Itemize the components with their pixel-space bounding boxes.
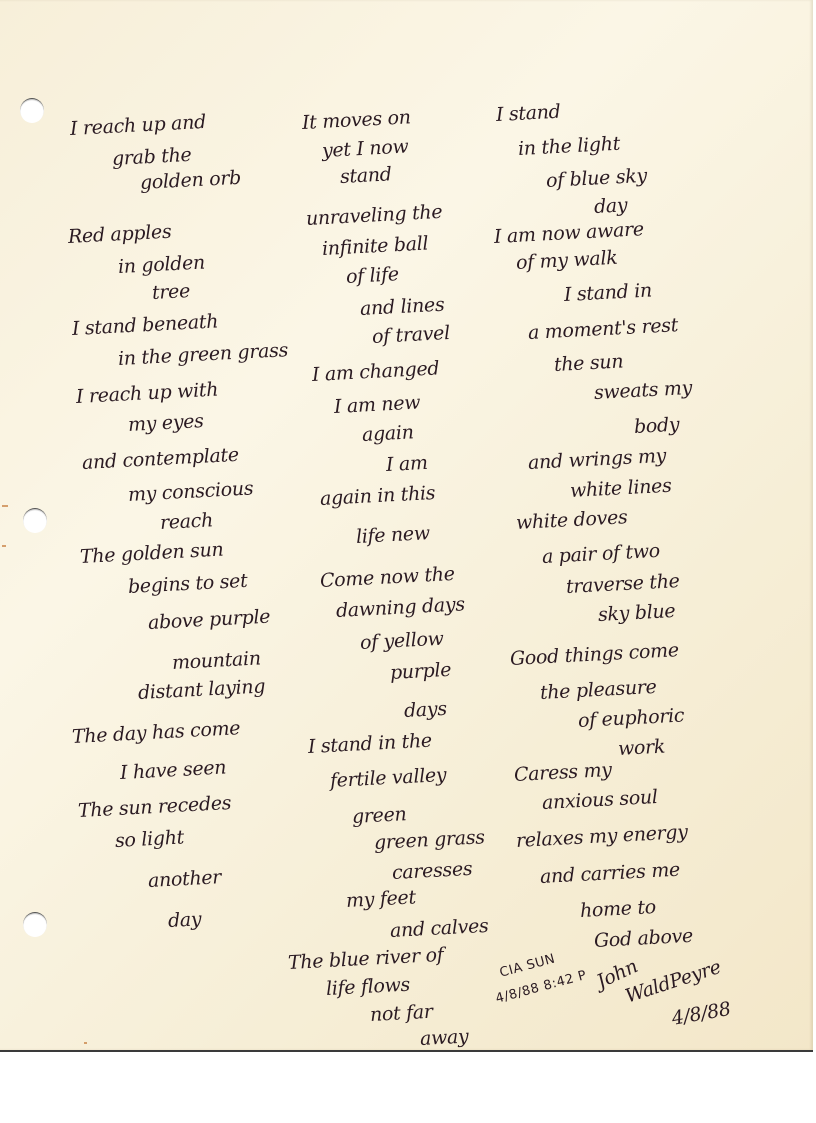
poem-line: a pair of two <box>541 540 660 568</box>
poem-line: I am now aware <box>493 218 644 248</box>
poem-line: unraveling the <box>305 201 442 230</box>
poem-line: white doves <box>515 506 628 534</box>
poem-line: relaxes my energy <box>515 821 688 852</box>
poem-line: tree <box>151 280 190 304</box>
poem-line: not far <box>369 1001 433 1026</box>
poem-line: home to <box>579 896 656 922</box>
poem-line: of travel <box>371 322 450 348</box>
poem-line: caresses <box>391 858 472 884</box>
poem-line: again <box>361 421 414 446</box>
poem-line: I have seen <box>119 756 226 784</box>
poem-line: traverse the <box>565 570 680 598</box>
poem-line: fertile valley <box>329 764 446 792</box>
poem-line: and calves <box>389 915 489 942</box>
poem-line: The golden sun <box>79 538 224 567</box>
paper-stain <box>84 1042 87 1044</box>
poem-line: the pleasure <box>539 676 657 704</box>
poem-line: my conscious <box>127 477 253 506</box>
poem-line: my feet <box>345 886 416 912</box>
poem-line: the sun <box>553 350 623 376</box>
poem-line: yet I now <box>321 135 408 161</box>
paper-stain <box>2 545 6 547</box>
poem-line: of life <box>345 263 399 288</box>
punch-hole <box>23 912 47 937</box>
poem-line: life flows <box>325 974 410 1000</box>
poem-line: dawning days <box>335 593 465 622</box>
poem-line: body <box>633 414 679 438</box>
poem-line: sweats my <box>593 377 692 404</box>
poem-line: The blue river of <box>287 944 444 974</box>
poem-line: grab the <box>111 144 192 170</box>
poem-line: It moves on <box>301 106 411 134</box>
poem-line: another <box>147 866 221 892</box>
poem-line: I am new <box>333 391 420 417</box>
poem-line: days <box>403 698 447 722</box>
poem-line: in golden <box>117 251 205 278</box>
poem-line: of yellow <box>359 628 444 654</box>
poem-line: I stand beneath <box>71 310 218 340</box>
signature-date: 4/8/88 <box>670 998 732 1030</box>
poem-line: life new <box>355 522 430 548</box>
poem-line: Come now the <box>319 563 455 592</box>
poem-line: I stand in <box>563 279 652 306</box>
poem-line: I reach up with <box>75 379 218 408</box>
punch-hole <box>20 98 44 123</box>
poem-line: in the green grass <box>117 339 288 370</box>
poem-line: white lines <box>569 475 672 502</box>
poem-line: of euphoric <box>577 704 684 732</box>
poem-line: away <box>419 1025 469 1050</box>
paper-sheet: I reach up and grab the golden orb Red a… <box>0 0 813 1052</box>
poem-line: and lines <box>359 294 444 320</box>
poem-line: God above <box>593 925 693 952</box>
poem-line: and contemplate <box>81 444 239 474</box>
poem-line: day <box>167 908 201 932</box>
poem-line: golden orb <box>139 167 241 194</box>
poem-line: The sun recedes <box>77 792 231 822</box>
poem-line: and wrings my <box>527 445 666 474</box>
poem-line: infinite ball <box>321 232 428 260</box>
poem-line: and carries me <box>539 859 680 888</box>
poem-line: sky blue <box>597 600 675 626</box>
poem-line: I reach up and <box>69 111 206 140</box>
poem-line: again in this <box>319 482 435 510</box>
poem-line: of my walk <box>515 247 617 274</box>
location-note: CIA SUN <box>498 952 557 981</box>
poem-line: so light <box>114 826 184 852</box>
poem-line: above purple <box>147 606 270 634</box>
poem-line: Caress my <box>513 759 612 786</box>
poem-line: in the light <box>517 133 620 160</box>
poem-line: green grass <box>373 826 485 854</box>
poem-line: of blue sky <box>545 165 647 192</box>
poem-line: mountain <box>171 647 261 674</box>
poem-line: Red apples <box>67 221 171 248</box>
punch-hole <box>23 508 47 533</box>
poem-line: purple <box>389 659 451 684</box>
signature-last-name: WaldPeyre <box>623 956 724 1008</box>
poem-line: work <box>617 736 665 760</box>
paper-stain <box>2 505 8 507</box>
poem-line: Good things come <box>509 639 679 670</box>
poem-line: I stand <box>495 101 561 126</box>
poem-line: begins to set <box>127 570 248 598</box>
poem-line: day <box>593 194 627 218</box>
poem-line: reach <box>159 509 213 534</box>
poem-line: my eyes <box>127 410 204 436</box>
poem-line: stand <box>339 163 392 188</box>
poem-line: distant laying <box>137 675 265 704</box>
poem-line: I am <box>385 452 428 476</box>
poem-line: I stand in the <box>307 730 432 758</box>
poem-line: a moment's rest <box>527 314 678 344</box>
poem-line: anxious soul <box>541 786 658 814</box>
poem-line: The day has come <box>71 717 240 748</box>
poem-line: I am changed <box>311 357 439 386</box>
poem-line: green <box>351 803 407 828</box>
